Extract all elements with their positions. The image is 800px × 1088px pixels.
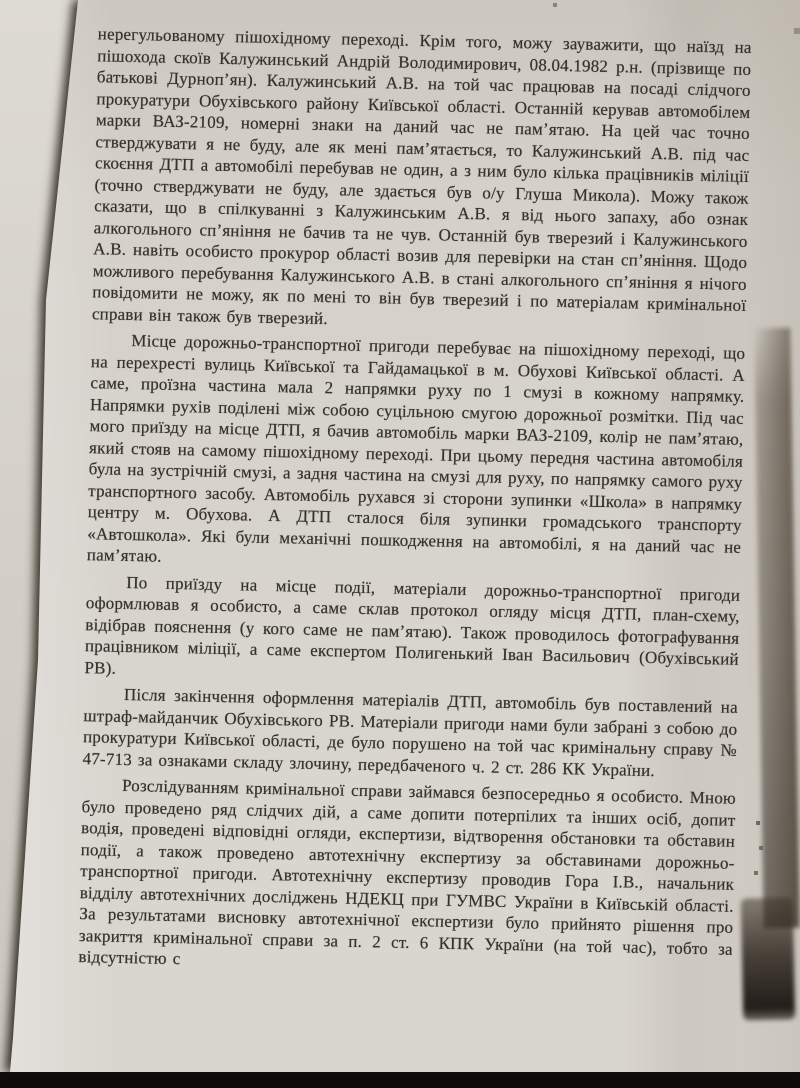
scan-smudge-dark-artifact [741,897,796,1020]
paragraph-5: Розслідуванням кримінальної справи займа… [78,774,736,981]
scan-speck-artifacts [0,0,2,2]
paragraph-2: Місце дорожньо-транспортної пригоди пере… [87,329,746,579]
paragraph-1: нерегульованому пішохідному переході. Кр… [92,23,752,338]
photo-frame: нерегульованому пішохідному переході. Кр… [0,0,800,1088]
document-text: нерегульованому пішохідному переході. Кр… [78,23,752,986]
paragraph-4: Після закінчення оформлення матеріалів Д… [82,683,738,783]
paragraph-3: По приїзду на місце події, матеріали дор… [84,571,740,692]
